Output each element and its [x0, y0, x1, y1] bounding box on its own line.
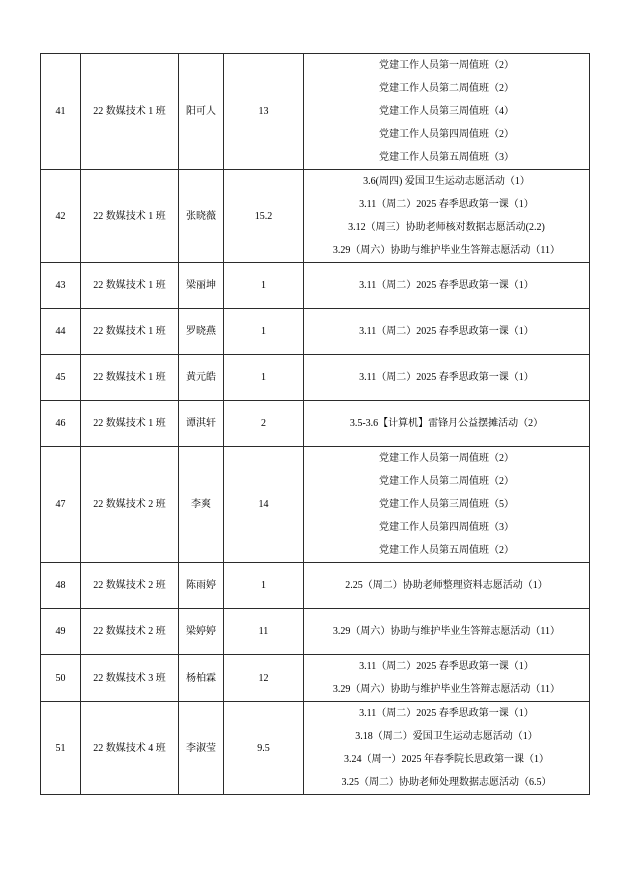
cell-hours: 1	[224, 263, 304, 309]
cell-hours: 12	[224, 655, 304, 702]
activity-line: 党建工作人员第二周值班（2）	[304, 77, 589, 100]
activity-line: 3.11（周二）2025 春季思政第一课（1）	[304, 320, 589, 343]
cell-student-name: 杨柏霖	[179, 655, 224, 702]
cell-sequence-number: 45	[41, 355, 81, 401]
activity-line: 2.25（周二）协助老师整理资料志愿活动（1）	[304, 574, 589, 597]
cell-hours: 9.5	[224, 702, 304, 795]
cell-sequence-number: 41	[41, 54, 81, 170]
activity-line: 党建工作人员第四周值班（2）	[304, 123, 589, 146]
activity-line: 3.29（周六）协助与维护毕业生答辩志愿活动（11）	[304, 239, 589, 262]
table-row: 48 22 数媒技术 2 班 陈雨婷 1 2.25（周二）协助老师整理资料志愿活…	[41, 563, 590, 609]
cell-class-name: 22 数媒技术 1 班	[81, 170, 179, 263]
cell-sequence-number: 44	[41, 309, 81, 355]
cell-class-name: 22 数媒技术 1 班	[81, 263, 179, 309]
cell-activities: 3.11（周二）2025 春季思政第一课（1）	[304, 355, 590, 401]
activity-line: 党建工作人员第一周值班（2）	[304, 447, 589, 470]
cell-hours: 1	[224, 563, 304, 609]
table-row: 43 22 数媒技术 1 班 梁丽坤 1 3.11（周二）2025 春季思政第一…	[41, 263, 590, 309]
cell-class-name: 22 数媒技术 2 班	[81, 563, 179, 609]
cell-student-name: 谭淇轩	[179, 401, 224, 447]
activity-line: 3.11（周二）2025 春季思政第一课（1）	[304, 274, 589, 297]
cell-hours: 13	[224, 54, 304, 170]
table-row: 50 22 数媒技术 3 班 杨柏霖 12 3.11（周二）2025 春季思政第…	[41, 655, 590, 702]
cell-sequence-number: 48	[41, 563, 81, 609]
cell-hours: 1	[224, 355, 304, 401]
cell-class-name: 22 数媒技术 4 班	[81, 702, 179, 795]
activity-line: 3.29（周六）协助与维护毕业生答辩志愿活动（11）	[304, 678, 589, 701]
cell-class-name: 22 数媒技术 1 班	[81, 309, 179, 355]
cell-student-name: 罗晓燕	[179, 309, 224, 355]
cell-hours: 2	[224, 401, 304, 447]
cell-class-name: 22 数媒技术 2 班	[81, 447, 179, 563]
cell-sequence-number: 50	[41, 655, 81, 702]
table-row: 45 22 数媒技术 1 班 黄元皓 1 3.11（周二）2025 春季思政第一…	[41, 355, 590, 401]
cell-student-name: 梁丽坤	[179, 263, 224, 309]
cell-activities: 3.11（周二）2025 春季思政第一课（1）	[304, 309, 590, 355]
cell-activities: 3.29（周六）协助与维护毕业生答辩志愿活动（11）	[304, 609, 590, 655]
cell-hours: 14	[224, 447, 304, 563]
table-row: 49 22 数媒技术 2 班 梁婷婷 11 3.29（周六）协助与维护毕业生答辩…	[41, 609, 590, 655]
volunteer-hours-table: 41 22 数媒技术 1 班 阳可人 13 党建工作人员第一周值班（2）党建工作…	[40, 53, 590, 795]
activity-line: 党建工作人员第五周值班（3）	[304, 146, 589, 169]
cell-class-name: 22 数媒技术 1 班	[81, 355, 179, 401]
activity-line: 3.18（周二）爱国卫生运动志愿活动（1）	[304, 725, 589, 748]
cell-class-name: 22 数媒技术 1 班	[81, 54, 179, 170]
cell-class-name: 22 数媒技术 2 班	[81, 609, 179, 655]
cell-student-name: 阳可人	[179, 54, 224, 170]
cell-student-name: 李淑莹	[179, 702, 224, 795]
cell-student-name: 梁婷婷	[179, 609, 224, 655]
cell-hours: 15.2	[224, 170, 304, 263]
activity-line: 3.12（周三）协助老师核对数据志愿活动(2.2)	[304, 216, 589, 239]
activity-line: 3.29（周六）协助与维护毕业生答辩志愿活动（11）	[304, 620, 589, 643]
activity-line: 党建工作人员第二周值班（2）	[304, 470, 589, 493]
cell-activities: 党建工作人员第一周值班（2）党建工作人员第二周值班（2）党建工作人员第三周值班（…	[304, 447, 590, 563]
activity-line: 党建工作人员第一周值班（2）	[304, 54, 589, 77]
cell-sequence-number: 49	[41, 609, 81, 655]
cell-sequence-number: 47	[41, 447, 81, 563]
cell-activities: 2.25（周二）协助老师整理资料志愿活动（1）	[304, 563, 590, 609]
activity-line: 3.6(周四) 爱国卫生运动志愿活动（1）	[304, 170, 589, 193]
activity-line: 3.11（周二）2025 春季思政第一课（1）	[304, 702, 589, 725]
cell-sequence-number: 46	[41, 401, 81, 447]
cell-sequence-number: 43	[41, 263, 81, 309]
activity-line: 3.11（周二）2025 春季思政第一课（1）	[304, 193, 589, 216]
cell-class-name: 22 数媒技术 1 班	[81, 401, 179, 447]
cell-class-name: 22 数媒技术 3 班	[81, 655, 179, 702]
activity-line: 3.24（周一）2025 年春季院长思政第一课（1）	[304, 748, 589, 771]
activity-line: 3.5-3.6【计算机】雷锋月公益摆摊活动（2）	[304, 412, 589, 435]
activity-line: 3.11（周二）2025 春季思政第一课（1）	[304, 655, 589, 678]
table-row: 51 22 数媒技术 4 班 李淑莹 9.5 3.11（周二）2025 春季思政…	[41, 702, 590, 795]
table-row: 42 22 数媒技术 1 班 张晓薇 15.2 3.6(周四) 爱国卫生运动志愿…	[41, 170, 590, 263]
cell-activities: 3.11（周二）2025 春季思政第一课（1）3.29（周六）协助与维护毕业生答…	[304, 655, 590, 702]
cell-activities: 3.11（周二）2025 春季思政第一课（1）	[304, 263, 590, 309]
cell-student-name: 李爽	[179, 447, 224, 563]
table-row: 41 22 数媒技术 1 班 阳可人 13 党建工作人员第一周值班（2）党建工作…	[41, 54, 590, 170]
table-row: 46 22 数媒技术 1 班 谭淇轩 2 3.5-3.6【计算机】雷锋月公益摆摊…	[41, 401, 590, 447]
activity-line: 党建工作人员第五周值班（2）	[304, 539, 589, 562]
cell-student-name: 张晓薇	[179, 170, 224, 263]
table-body: 41 22 数媒技术 1 班 阳可人 13 党建工作人员第一周值班（2）党建工作…	[41, 54, 590, 795]
activity-line: 3.25（周二）协助老师处理数据志愿活动（6.5）	[304, 771, 589, 794]
cell-activities: 3.6(周四) 爱国卫生运动志愿活动（1）3.11（周二）2025 春季思政第一…	[304, 170, 590, 263]
activity-line: 党建工作人员第三周值班（4）	[304, 100, 589, 123]
activity-line: 党建工作人员第四周值班（3）	[304, 516, 589, 539]
activity-line: 党建工作人员第三周值班（5）	[304, 493, 589, 516]
cell-sequence-number: 51	[41, 702, 81, 795]
cell-hours: 11	[224, 609, 304, 655]
cell-hours: 1	[224, 309, 304, 355]
cell-student-name: 黄元皓	[179, 355, 224, 401]
cell-activities: 3.11（周二）2025 春季思政第一课（1）3.18（周二）爱国卫生运动志愿活…	[304, 702, 590, 795]
cell-sequence-number: 42	[41, 170, 81, 263]
activity-line: 3.11（周二）2025 春季思政第一课（1）	[304, 366, 589, 389]
table-row: 47 22 数媒技术 2 班 李爽 14 党建工作人员第一周值班（2）党建工作人…	[41, 447, 590, 563]
document-page: 41 22 数媒技术 1 班 阳可人 13 党建工作人员第一周值班（2）党建工作…	[0, 0, 626, 882]
table-row: 44 22 数媒技术 1 班 罗晓燕 1 3.11（周二）2025 春季思政第一…	[41, 309, 590, 355]
cell-activities: 3.5-3.6【计算机】雷锋月公益摆摊活动（2）	[304, 401, 590, 447]
cell-activities: 党建工作人员第一周值班（2）党建工作人员第二周值班（2）党建工作人员第三周值班（…	[304, 54, 590, 170]
cell-student-name: 陈雨婷	[179, 563, 224, 609]
